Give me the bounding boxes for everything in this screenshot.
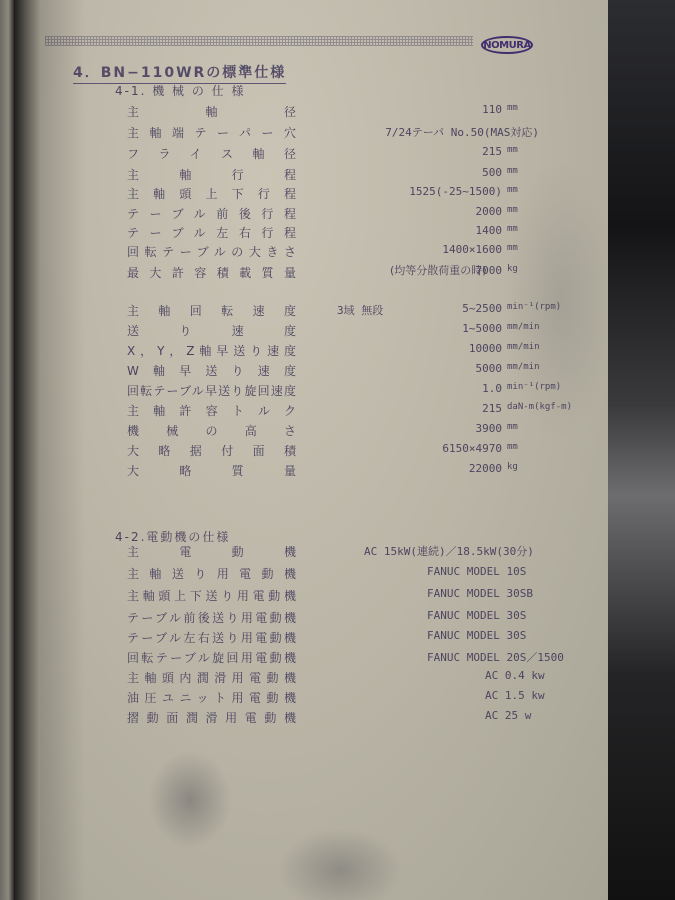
spec-value: 5000 — [476, 362, 503, 375]
section-title-machine: 4-1. 機 械 の 仕 様 — [115, 82, 246, 99]
spec-row: 主軸行程500mm — [127, 166, 607, 184]
spec-value: 1.0 — [482, 382, 502, 395]
spec-unit: mm/min — [507, 342, 540, 352]
spec-row: W軸早送り速度5000mm/min — [127, 362, 607, 380]
spec-unit: mm — [507, 205, 518, 215]
spec-label: 主軸頭上下行程 — [127, 185, 297, 202]
motor-value: AC 1.5 kw — [485, 689, 545, 702]
spec-label: 回転テーブルの大きさ — [127, 243, 297, 260]
spec-unit: mm — [507, 103, 518, 113]
spec-row: 送り速度1~5000mm/min — [127, 322, 607, 340]
motor-row: 回転テーブル旋回用電動機FANUC MODEL 20S／1500 — [127, 649, 607, 667]
spec-label: 主軸径 — [127, 103, 297, 120]
spec-label: 主軸回転速度 — [127, 302, 297, 319]
spec-value: 1~5000 — [462, 322, 502, 335]
nomura-logo: NOMURA — [481, 36, 533, 54]
spec-label: 機械の高さ — [127, 422, 297, 439]
spec-value: 1525(-25~1500) — [409, 185, 502, 198]
spec-label: 大略据付面積 — [127, 442, 297, 459]
spec-label: 主軸行程 — [127, 166, 297, 183]
motor-label: 摺動面潤滑用電動機 — [127, 709, 297, 726]
motor-label: 主軸頭上下送り用電動機 — [127, 587, 297, 604]
spec-value: 5~2500 — [462, 302, 502, 315]
spec-unit: mm — [507, 145, 518, 155]
motor-label: 主軸頭内潤滑用電動機 — [127, 669, 297, 686]
spec-value: 7/24テーパ No.50(MAS対応) — [385, 124, 539, 140]
motor-label: 主軸送り用電動機 — [127, 565, 297, 582]
spec-label: 回転テーブル早送り旋回速度 — [127, 382, 297, 399]
spec-unit: mm — [507, 166, 518, 176]
spec-label: 送り速度 — [127, 322, 297, 339]
spec-label: 大略質量 — [127, 462, 297, 479]
spec-row: X，Y，Z軸早送り速度10000mm/min — [127, 342, 607, 360]
spec-unit: mm/min — [507, 362, 540, 372]
previous-page-edge — [0, 0, 14, 900]
spec-value: 500 — [482, 166, 502, 179]
spec-row: テーブル左右行程1400mm — [127, 224, 607, 242]
motor-row: テーブル前後送り用電動機FANUC MODEL 30S — [127, 609, 607, 627]
spec-value: 3900 — [476, 422, 503, 435]
motor-row: 主軸送り用電動機FANUC MODEL 10S — [127, 565, 607, 583]
motor-value: FANUC MODEL 30S — [427, 609, 526, 622]
spec-row: 主軸径110mm — [127, 103, 607, 121]
spec-unit: mm — [507, 442, 518, 452]
spec-row: 大略質量22000kg — [127, 462, 607, 480]
motor-value: AC 15kW(連続)／18.5kW(30分) — [364, 543, 534, 559]
spec-label: フライス軸径 — [127, 145, 297, 162]
spec-value: 10000 — [469, 342, 502, 355]
spec-label: 主軸許容トルク — [127, 402, 297, 419]
motor-row: 主電動機AC 15kW(連続)／18.5kW(30分) — [127, 543, 607, 561]
spec-label: 主軸端テーパー穴 — [127, 124, 297, 141]
spec-unit: mm — [507, 185, 518, 195]
spec-row: 主軸回転速度3域 無段5~2500min⁻¹(rpm) — [127, 302, 607, 320]
spec-row: 主軸許容トルク215daN-m(kgf-m) — [127, 402, 607, 420]
spec-unit: kg — [507, 462, 518, 472]
spec-row: フライス軸径215mm — [127, 145, 607, 163]
spec-unit: mm — [507, 224, 518, 234]
spec-unit: min⁻¹(rpm) — [507, 382, 561, 392]
motor-label: 回転テーブル旋回用電動機 — [127, 649, 297, 666]
spec-label: 最大許容積載質量 — [127, 264, 297, 281]
spec-row: 主軸端テーパー穴7/24テーパ No.50(MAS対応) — [127, 124, 607, 142]
motor-value: AC 25 w — [485, 709, 531, 722]
spec-unit: daN-m(kgf-m) — [507, 402, 572, 412]
spec-extra: 3域 無段 — [337, 302, 383, 318]
motor-value: FANUC MODEL 10S — [427, 565, 526, 578]
motor-row: テーブル左右送り用電動機FANUC MODEL 30S — [127, 629, 607, 647]
motor-label: テーブル左右送り用電動機 — [127, 629, 297, 646]
motor-label: 油圧ユニット用電動機 — [127, 689, 297, 706]
spec-value: 22000 — [469, 462, 502, 475]
spec-label: テーブル前後行程 — [127, 205, 297, 222]
spec-row: 最大許容積載質量7000kg — [127, 264, 607, 282]
spec-value: 1400 — [476, 224, 503, 237]
spec-row: 主軸頭上下行程1525(-25~1500)mm — [127, 185, 607, 203]
background-desk — [608, 0, 675, 900]
spec-unit: mm — [507, 243, 518, 253]
spec-value: 1400×1600 — [442, 243, 502, 256]
spec-row: テーブル前後行程2000mm — [127, 205, 607, 223]
motor-value: FANUC MODEL 20S／1500 — [427, 649, 564, 665]
motor-value: AC 0.4 kw — [485, 669, 545, 682]
load-note: (均等分散荷重の時) — [390, 262, 487, 278]
spec-sheet-page: NOMURA 4．BN−110WRの標準仕様 4-1. 機 械 の 仕 様 主軸… — [40, 0, 608, 900]
spec-row: 機械の高さ3900mm — [127, 422, 607, 440]
header-dotted-rule — [45, 36, 473, 46]
spec-row: 回転テーブル早送り旋回速度1.0min⁻¹(rpm) — [127, 382, 607, 400]
motor-row: 摺動面潤滑用電動機AC 25 w — [127, 709, 607, 727]
spec-value: 215 — [482, 145, 502, 158]
motor-label: 主電動機 — [127, 543, 297, 560]
spec-value: 2000 — [476, 205, 503, 218]
spec-value: 110 — [482, 103, 502, 116]
motor-row: 主軸頭内潤滑用電動機AC 0.4 kw — [127, 669, 607, 687]
spec-label: X，Y，Z軸早送り速度 — [127, 342, 297, 359]
spec-row: 大略据付面積6150×4970mm — [127, 442, 607, 460]
motor-row: 油圧ユニット用電動機AC 1.5 kw — [127, 689, 607, 707]
motor-value: FANUC MODEL 30S — [427, 629, 526, 642]
spec-value: 6150×4970 — [442, 442, 502, 455]
spec-unit: mm/min — [507, 322, 540, 332]
spec-label: テーブル左右行程 — [127, 224, 297, 241]
spec-unit: kg — [507, 264, 518, 274]
motor-label: テーブル前後送り用電動機 — [127, 609, 297, 626]
motor-value: FANUC MODEL 30SB — [427, 587, 533, 600]
spec-label: W軸早送り速度 — [127, 362, 297, 379]
spec-row: 回転テーブルの大きさ1400×1600mm — [127, 243, 607, 261]
spec-value: 215 — [482, 402, 502, 415]
motor-row: 主軸頭上下送り用電動機FANUC MODEL 30SB — [127, 587, 607, 605]
spec-unit: mm — [507, 422, 518, 432]
page-title: 4．BN−110WRの標準仕様 — [73, 62, 286, 84]
spec-unit: min⁻¹(rpm) — [507, 302, 561, 312]
